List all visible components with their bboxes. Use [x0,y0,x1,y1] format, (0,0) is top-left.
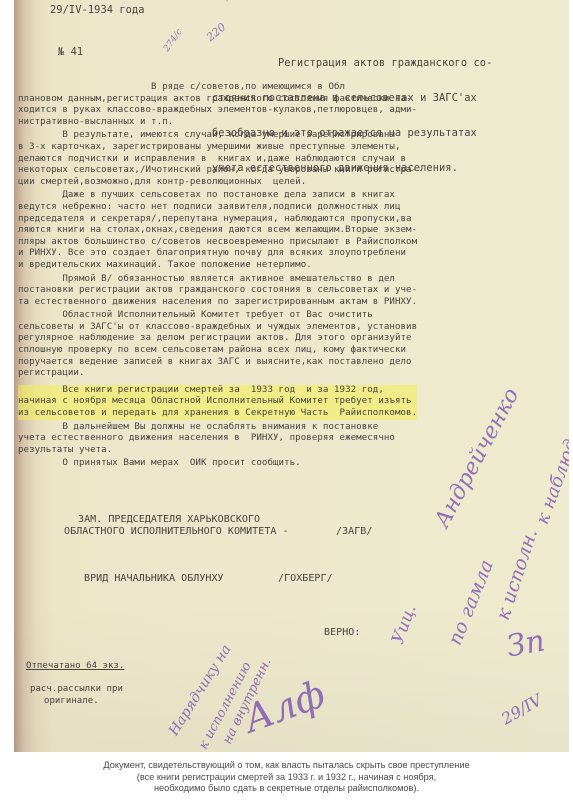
body-line: и РИНХУ. Все это создает благоприятную п… [18,248,417,260]
caption-line: Документ, свидетельствующий о том, как в… [0,760,573,772]
paragraph: В ряде с/советов,по имеющимся в Облплано… [18,82,417,128]
certified-label: ВЕРНО: [324,627,360,639]
body-line: та естественного движения населения по з… [18,297,417,309]
handwritten-note: к наблюд. [532,431,569,527]
distribution-note-2: оригинале. [44,696,99,708]
body-line: некоторых сельсоветах,/Ичотинский район,… [18,165,417,177]
body-line: сельсоветы и ЗАГС'ы от классово-враждебн… [18,322,417,334]
handwritten-note: Уиц. [388,602,421,647]
scanned-document: 29/IV-1934 года № 41 274/с 220 ~ Регистр… [14,0,569,752]
body-line: председателя и секретаря/,перепутана нум… [18,214,417,226]
body-line: нистративно-высланных и т.п. [18,117,417,129]
document-body: В ряде с/советов,по имеющимся в Облплано… [18,82,417,472]
document-number: № 41 [58,47,83,59]
acting-head-name: /ГОХБЕРГ/ [278,573,333,585]
image-caption: Документ, свидетельствующий о том, как в… [0,760,573,795]
intro-line: Регистрация актов гражданского со- [212,58,492,70]
body-line: Даже в лучших сельсоветах по постановке … [18,190,417,202]
acting-head-title: ВРИД НАЧАЛЬНИКА ОБЛУНХУ [84,573,224,585]
paragraph: Даже в лучших сельсоветах по постановке … [18,190,417,271]
highlighted-line: Все книги регистрации смертей за 1933 го… [18,385,417,397]
body-line: плановом данным,регистрация актов гражда… [18,94,417,106]
deputy-name: /ЗАГВ/ [336,526,372,538]
distribution-note-1: расч.рассылки при [30,684,123,696]
body-line: учета естественного движения населения в… [18,433,417,445]
body-line: ции смертей,возможно,для контр-революцио… [18,177,417,189]
body-line: результаты учета. [18,445,417,457]
stamp-mark-3: ~ [222,0,236,6]
paragraph: В результате, имеются случаи, когда умер… [18,130,417,188]
handwritten-note: к исполн. [492,526,542,623]
body-line: ведутся небрежно: часто нет подписи заяв… [18,202,417,214]
highlighted-line: начиная с ноября месяца Областной Исполн… [18,396,417,408]
paragraph: Все книги регистрации смертей за 1933 го… [18,385,417,420]
body-line: и вредительских махинаций. Такое положен… [18,260,417,272]
body-line: регистрации. [18,368,417,380]
paragraph: В дальнейшем Вы должны не ослаблять вним… [18,422,417,457]
body-line: В результате, имеются случаи, когда умер… [18,130,417,142]
handwritten-note: по гамла [444,557,498,649]
handwritten-date: 29/IV [498,690,545,728]
paragraph: Областной Исполнительный Комитет требует… [18,310,417,380]
body-line: сплошную проверку по всем сельсоветам ра… [18,345,417,357]
body-line: регулярное наблюдение за делом регистрац… [18,333,417,345]
deputy-title-line1: ЗАМ. ПРЕДСЕДАТЕЛЯ ХАРЬКОВСКОГО [78,514,260,526]
caption-line: (все книги регистрации смертей за 1933 г… [0,772,573,784]
body-line: В дальнейшем Вы должны не ослаблять вним… [18,422,417,434]
body-line: О принятых Вами мерах ОИК просит сообщит… [18,458,417,470]
paragraph: О принятых Вами мерах ОИК просит сообщит… [18,458,417,470]
body-line: в 3-х карточках, зарегистрированы умерши… [18,142,417,154]
body-line: Областной Исполнительный Комитет требует… [18,310,417,322]
deputy-title-line2: ОБЛАСТНОГО ИСПОЛНИТЕЛЬНОГО КОМИТЕТА - [64,526,289,538]
handwritten-signature: Зп [504,623,548,664]
handwritten-note: Андрейченко [430,384,524,532]
stamp-mark-1: 274/с [162,27,185,53]
body-line: Прямой В/ обязанностью является активное… [18,274,417,286]
body-line: ходится в руках классово-враждебных элем… [18,105,417,117]
document-date: 29/IV-1934 года [50,5,145,17]
body-line: делаются подчистки и исправления в книга… [18,154,417,166]
caption-line: необходимо было сдать в секретные отделы… [0,783,573,795]
body-line: постановки регистрации актов гражданског… [18,285,417,297]
copies-note: Отпечатано 64 экз. [26,661,124,673]
body-line: В ряде с/советов,по имеющимся в Обл [18,82,417,94]
body-line: поручается ведение записей в книгах ЗАГС… [18,357,417,369]
body-line: ляются книги на столах,окнах,сведения да… [18,225,417,237]
highlighted-line: из сельсоветов и передать для хранения в… [18,408,417,420]
paragraph: Прямой В/ обязанностью является активное… [18,274,417,309]
body-line: пляры актов большинство с/советов несвое… [18,237,417,249]
